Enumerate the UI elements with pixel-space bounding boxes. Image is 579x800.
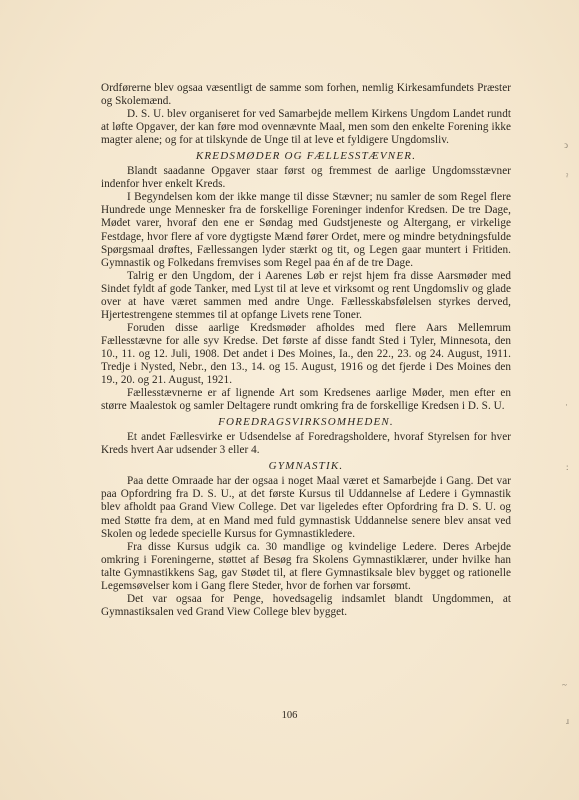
paragraph: Foruden disse aarlige Kredsmøder afholde… [101,322,511,387]
paragraph: D. S. U. blev organiseret for ved Samarb… [101,108,511,147]
margin-mark-icon: : [566,462,569,472]
margin-mark-icon: ↄ [564,140,568,150]
margin-mark-icon: ɹ [566,716,569,726]
paragraph: I Begyndelsen kom der ikke mange til dis… [101,191,511,269]
paragraph: Ordførerne blev ogsaa væsentligt de samm… [101,82,511,108]
margin-mark-icon: ~ [562,680,567,690]
section-heading: FOREDRAGSVIRKSOMHEDEN. [101,416,511,429]
paragraph: Paa dette Omraade har der ogsaa i noget … [101,475,511,540]
body-text: Ordførerne blev ogsaa væsentligt de samm… [101,82,511,619]
section-heading: GYMNASTIK. [101,460,511,473]
paragraph: Et andet Fællesvirke er Udsendelse af Fo… [101,431,511,457]
paragraph: Det var ogsaa for Penge, hovedsagelig in… [101,593,511,619]
margin-mark-icon: ˀ [566,172,568,182]
paragraph: Blandt saadanne Opgaver staar først og f… [101,165,511,191]
page-number: 106 [0,710,579,721]
paragraph: Talrig er den Ungdom, der i Aarenes Løb … [101,270,511,322]
paragraph: Fællesstævnerne er af lignende Art som K… [101,387,511,413]
paragraph: Fra disse Kursus udgik ca. 30 mandlige o… [101,541,511,593]
scanned-page: Ordførerne blev ogsaa væsentligt de samm… [0,0,579,800]
margin-mark-icon: · [565,400,568,410]
section-heading: KREDSMØDER OG FÆLLESSTÆVNER. [101,150,511,163]
